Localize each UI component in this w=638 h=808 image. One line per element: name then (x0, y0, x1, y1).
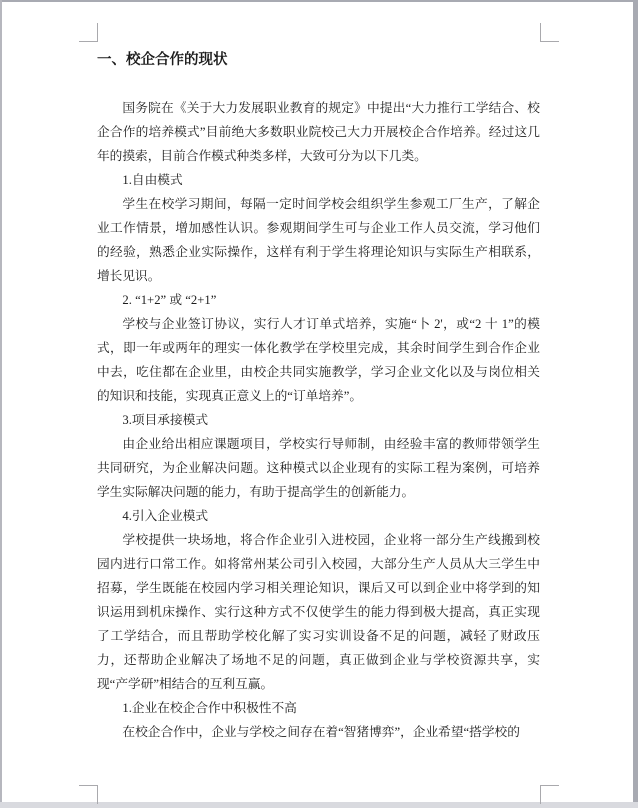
page-edge-left (0, 0, 2, 802)
page-edge-right (633, 0, 638, 802)
subheading: 2. “1+2” 或 “2+1” (97, 288, 540, 312)
document-body: 一、校企合作的现状 国务院在《关于大力发展职业教育的规定》中提出“大力推行工学结… (97, 48, 540, 744)
paragraph: 学校与企业签订协议，实行人才订单式培养，实施“卜 2'，或“2 十 1”的模式，… (97, 312, 540, 408)
paragraph: 学校提供一块场地，将合作企业引入进校园，企业将一部分生产线搬到校园内进行口常工作… (97, 528, 540, 696)
section-title: 一、校企合作的现状 (97, 48, 540, 72)
subheading: 1.自由模式 (97, 168, 540, 192)
subheading: 1.企业在校企合作中积极性不高 (97, 696, 540, 720)
margin-crop-mark-bottom-left (79, 785, 98, 804)
paragraph: 学生在校学习期间，每隔一定时间学校会组织学生参观工厂生产，了解企业工作情景，增加… (97, 192, 540, 288)
margin-crop-mark-bottom-right (540, 785, 559, 804)
paragraph: 在校企合作中，企业与学校之间存在着“智猪博弈”，企业希望“搭学校的 (97, 720, 540, 744)
paragraph: 国务院在《关于大力发展职业教育的规定》中提出“大力推行工学结合、校企合作的培养模… (97, 96, 540, 168)
subheading: 4.引入企业模式 (97, 504, 540, 528)
document-page: { "page": { "title": "一、校企合作的现状", "block… (0, 0, 638, 808)
paragraph: 由企业给出相应课题项目，学校实行导师制，由经验丰富的教师带领学生共同研究，为企业… (97, 432, 540, 504)
page-edge-top (0, 0, 638, 2)
subheading: 3.项目承接模式 (97, 408, 540, 432)
margin-crop-mark-top-left (79, 23, 98, 42)
margin-crop-mark-top-right (540, 23, 559, 42)
